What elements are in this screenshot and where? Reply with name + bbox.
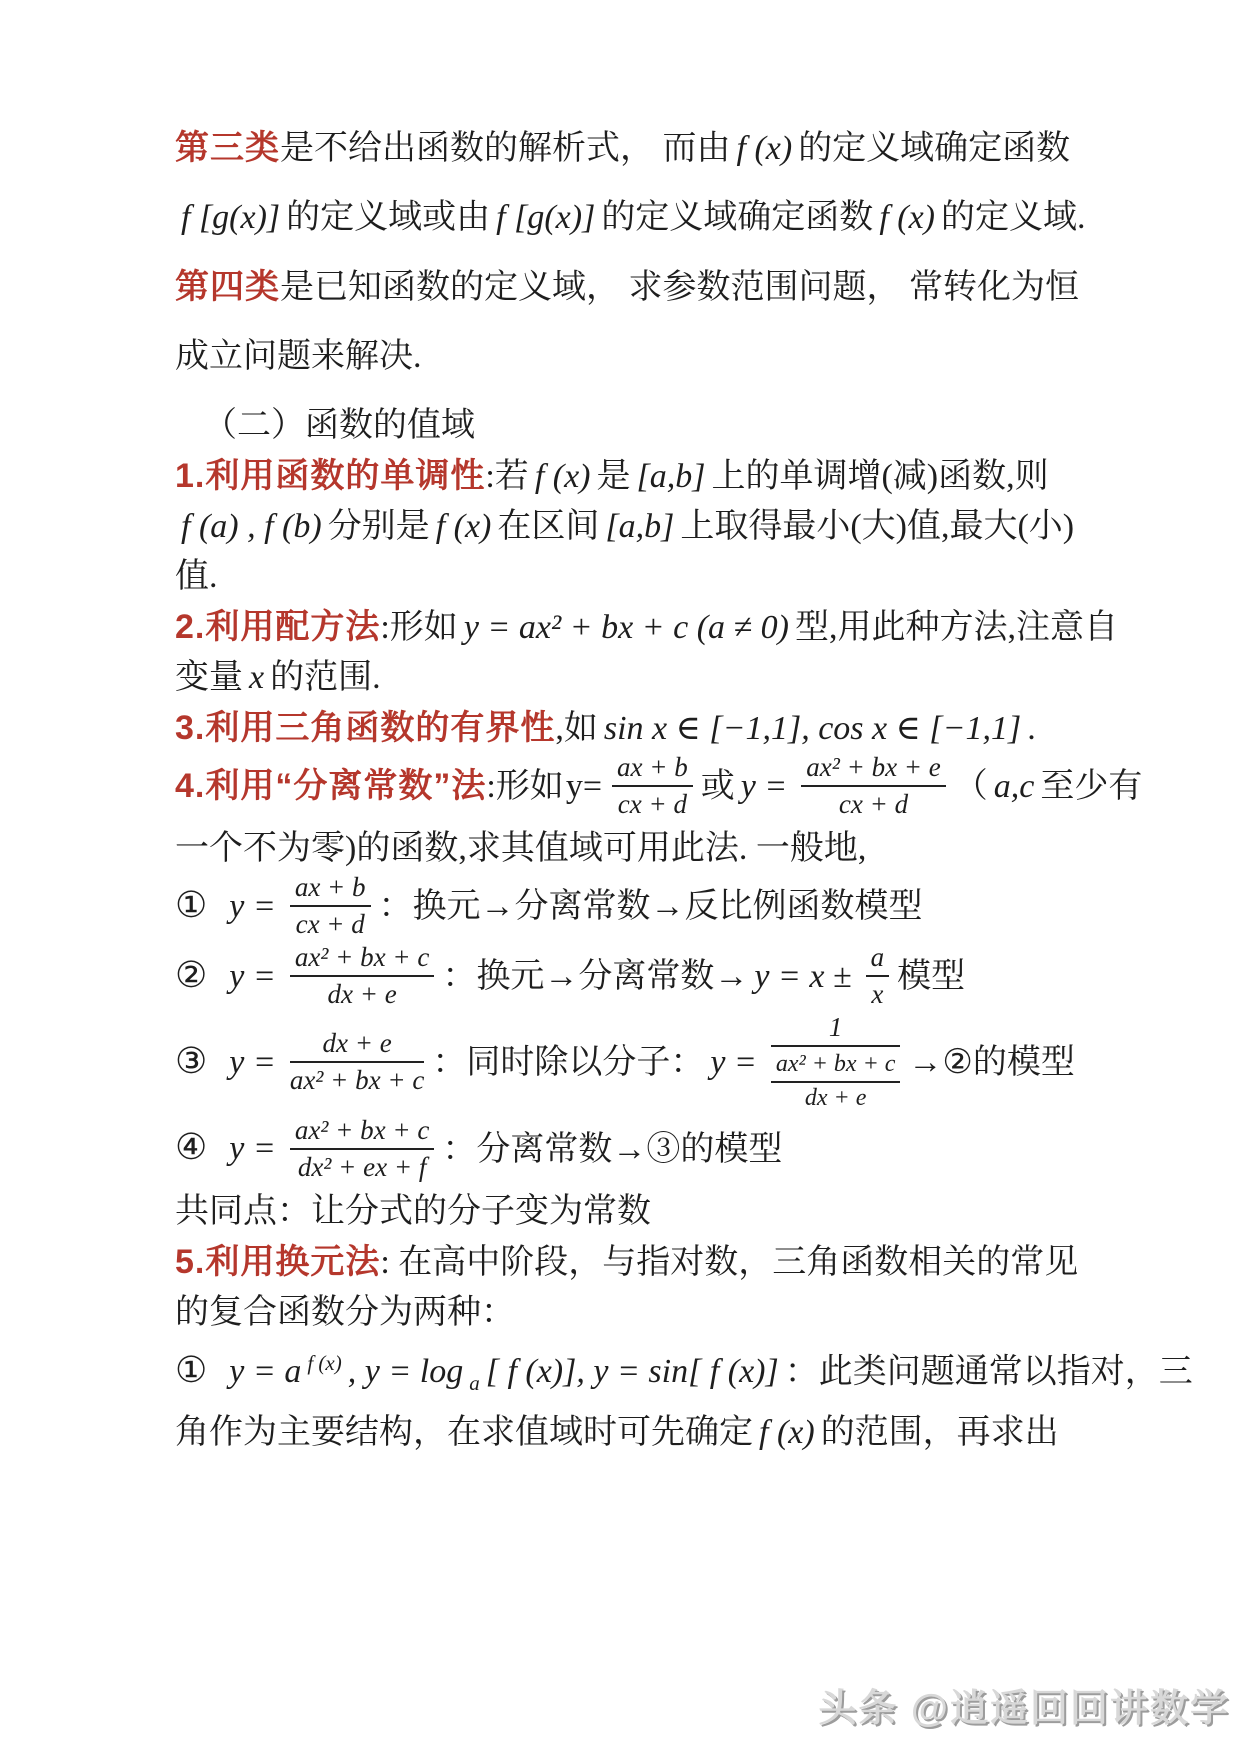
body-text: 一个不为零)的函数,求其值域可用此法. 一般地, bbox=[175, 830, 866, 867]
method2-line1: 2.利用配方法:形如y = ax² + bx + c (a ≠ 0)型,用此种方… bbox=[175, 603, 1095, 652]
circled-two: ② bbox=[175, 955, 223, 995]
fraction-axb-cxd: ax + bcx + d bbox=[612, 752, 693, 820]
body-text: 上取得最小(大)值,最大(小) bbox=[680, 508, 1074, 545]
math-y-equals: y = bbox=[223, 958, 282, 995]
math-quadratic: y = ax² + bx + c (a ≠ 0) bbox=[458, 609, 795, 646]
body-text: 上的单调增(减)函数,则 bbox=[711, 458, 1048, 495]
body-text: : 在高中阶段，与指对数，三角函数相关的常见 bbox=[380, 1244, 1078, 1281]
colon: ： bbox=[379, 888, 413, 925]
body-text: 至少有 bbox=[1040, 768, 1142, 805]
class3-heading: 第三类 bbox=[175, 129, 280, 167]
body-text: （ bbox=[954, 768, 988, 805]
fraction-denominator: cx + d bbox=[612, 787, 693, 820]
method5-line1: 5.利用换元法: 在高中阶段，与指对数，三角函数相关的常见 bbox=[175, 1238, 1095, 1287]
body-text: 分别是 bbox=[328, 508, 430, 545]
math-log-part: , y = log bbox=[342, 1353, 469, 1390]
body-text: 模型 bbox=[897, 958, 965, 995]
math-fgx: f [g(x)] bbox=[175, 199, 286, 236]
body-text: . bbox=[1027, 710, 1036, 747]
method1-heading: 1.利用函数的单调性 bbox=[175, 457, 485, 495]
fraction-dxe-ax2bxc: dx + eax² + bx + c bbox=[290, 1028, 425, 1096]
fraction-numerator: dx + e bbox=[290, 1028, 425, 1063]
colon: ： bbox=[442, 1130, 476, 1167]
section-title: （二）函数的值域 bbox=[203, 407, 475, 444]
watermark: 头条 @逍遥回回讲数学 bbox=[818, 1677, 1230, 1732]
body-text: 值. bbox=[175, 558, 218, 595]
body-text: 的定义域或由 bbox=[286, 199, 490, 236]
method2-heading: 2.利用配方法 bbox=[175, 608, 380, 646]
circled-three: ③ bbox=[175, 1041, 223, 1081]
body-text: 的定义域. bbox=[941, 199, 1086, 236]
body-text: →②的模型 bbox=[908, 1044, 1074, 1081]
circled-four: ④ bbox=[175, 1127, 223, 1167]
math-y-equals: y = bbox=[223, 1044, 282, 1081]
fraction-numerator: ax² + bx + c bbox=[290, 942, 435, 977]
method1-line3: 值. bbox=[175, 553, 1095, 601]
colon: ： bbox=[432, 1044, 466, 1081]
fraction-numerator: ax² + bx + c bbox=[290, 1115, 435, 1150]
fraction-ax2bxe-cxd: ax² + bx + ecx + d bbox=[801, 752, 946, 820]
fraction-denominator: cx + d bbox=[801, 787, 946, 820]
type1-line1: ①y = af (x), y = loga[ f (x)], y = sin[ … bbox=[175, 1339, 1095, 1407]
class4-heading: 第四类 bbox=[175, 268, 280, 306]
fraction-nested-reciprocal: 1ax² + bx + cdx + e bbox=[771, 1012, 901, 1112]
math-interval: [a,b] bbox=[599, 508, 680, 545]
body-text: ,如 bbox=[555, 710, 598, 747]
body-text: 或 bbox=[701, 768, 735, 805]
body-text: 共同点：让分式的分子变为常数 bbox=[175, 1193, 651, 1230]
body-text: 的定义域确定函数 bbox=[601, 199, 873, 236]
body-text: 同时除以分子： bbox=[466, 1044, 704, 1081]
body-text: 是已知函数的定义域， 求参数范围问题， 常转化为恒 bbox=[280, 269, 1079, 306]
method5-line2: 的复合函数分为两种： bbox=[175, 1289, 1095, 1337]
body-text: 角作为主要结构，在求值域时可先确定 bbox=[175, 1414, 753, 1451]
fraction-denominator: dx + e bbox=[290, 977, 435, 1010]
method2-line2: 变量x的范围. bbox=[175, 654, 1095, 702]
body-text: 的范围，再求出 bbox=[821, 1414, 1059, 1451]
method3-heading: 3.利用三角函数的有界性 bbox=[175, 709, 555, 747]
fraction-denominator: dx + e bbox=[771, 1083, 901, 1113]
math-fx: f (x) bbox=[873, 199, 941, 236]
math-subscript-a: a bbox=[469, 1371, 480, 1395]
math-interval: [a,b] bbox=[631, 458, 712, 495]
method4-heading: 4.利用“分离常数”法 bbox=[175, 767, 486, 805]
body-text: 型,用此种方法,注意自 bbox=[795, 609, 1118, 646]
circled-one: ① bbox=[175, 1350, 223, 1390]
math-bracket-part: [ f (x)], y = sin[ f (x)] bbox=[480, 1353, 785, 1390]
body-text: 是不给出函数的解析式， 而由 bbox=[280, 130, 731, 167]
math-y-equals: y = bbox=[735, 768, 794, 805]
para-class3-line1: 第三类是不给出函数的解析式， 而由f (x)的定义域确定函数 bbox=[175, 124, 1095, 173]
case3-line: ③y =dx + eax² + bx + c：同时除以分子：y =1ax² + … bbox=[175, 1015, 1095, 1115]
fraction-ax2bxc-dxe: ax² + bx + cdx + e bbox=[290, 942, 435, 1010]
method1-line1: 1.利用函数的单调性:若f (x)是[a,b]上的单调增(减)函数,则 bbox=[175, 452, 1095, 501]
math-y-x-pm: y = x ± bbox=[748, 958, 857, 995]
body-text: :若 bbox=[485, 458, 528, 495]
colon: ： bbox=[442, 958, 476, 995]
document-page: 第三类是不给出函数的解析式， 而由f (x)的定义域确定函数 f [g(x)]的… bbox=[0, 0, 1242, 1756]
math-trig-bounds: sin x ∈ [−1,1], cos x ∈ [−1,1] bbox=[598, 710, 1027, 747]
body-text: ：此类问题通常以指对，三 bbox=[785, 1353, 1193, 1390]
body-text: 换元→分离常数→反比例函数模型 bbox=[413, 888, 923, 925]
para-class4-line2: 成立问题来解决. bbox=[175, 333, 1095, 381]
type1-line2: 角作为主要结构，在求值域时可先确定f (x)的范围，再求出 bbox=[175, 1409, 1095, 1457]
fraction-axb-cxd: ax + bcx + d bbox=[290, 872, 371, 940]
math-y-equals: y = bbox=[223, 1130, 282, 1167]
fraction-numerator: ax + b bbox=[290, 872, 371, 907]
fraction-inner: ax² + bx + cdx + e bbox=[771, 1051, 901, 1112]
math-y-equals: y = bbox=[223, 888, 282, 925]
notes-content: 第三类是不给出函数的解析式， 而由f (x)的定义域确定函数 f [g(x)]的… bbox=[175, 124, 1095, 1459]
math-fx: f (x) bbox=[430, 508, 498, 545]
fraction-ax2bxc-dx2exf: ax² + bx + cdx² + ex + f bbox=[290, 1115, 435, 1183]
method4-line1: 4.利用“分离常数”法:形如y=ax + bcx + d或y =ax² + bx… bbox=[175, 755, 1095, 823]
case2-line: ②y =ax² + bx + cdx + e：换元→分离常数→y = x ±ax… bbox=[175, 945, 1095, 1013]
body-text: :形如 bbox=[380, 609, 457, 646]
case1-line: ①y =ax + bcx + d：换元→分离常数→反比例函数模型 bbox=[175, 875, 1095, 943]
math-y-equals: y = bbox=[704, 1044, 763, 1081]
method5-heading: 5.利用换元法 bbox=[175, 1243, 380, 1281]
math-fx: f (x) bbox=[753, 1414, 821, 1451]
body-text: 变量 bbox=[175, 659, 243, 696]
method4-line2: 一个不为零)的函数,求其值域可用此法. 一般地, bbox=[175, 825, 1095, 873]
fraction-a-x: ax bbox=[866, 942, 890, 1010]
body-text: 在区间 bbox=[497, 508, 599, 545]
fraction-denominator: cx + d bbox=[290, 907, 371, 940]
para-class4-line1: 第四类是已知函数的定义域， 求参数范围问题， 常转化为恒 bbox=[175, 263, 1095, 312]
case4-line: ④y =ax² + bx + cdx² + ex + f：分离常数→③的模型 bbox=[175, 1118, 1095, 1186]
fraction-numerator: ax² + bx + e bbox=[801, 752, 946, 787]
body-text: 的范围. bbox=[270, 659, 381, 696]
math-fa-fb: f (a) , f (b) bbox=[175, 508, 328, 545]
math-x: x bbox=[243, 659, 270, 696]
fraction-denominator: ax² + bx + cdx + e bbox=[771, 1047, 901, 1112]
math-ac: a,c bbox=[988, 768, 1041, 805]
para-class3-line2: f [g(x)]的定义域或由f [g(x)]的定义域确定函数f (x)的定义域. bbox=[175, 194, 1095, 242]
method1-line2: f (a) , f (b)分别是f (x)在区间[a,b]上取得最小(大)值,最… bbox=[175, 503, 1095, 551]
section-heading-range: （二）函数的值域 bbox=[175, 402, 1095, 450]
fraction-numerator: ax² + bx + c bbox=[771, 1051, 901, 1083]
method3-line1: 3.利用三角函数的有界性,如sin x ∈ [−1,1], cos x ∈ [−… bbox=[175, 704, 1095, 753]
body-text: 的定义域确定函数 bbox=[798, 130, 1070, 167]
body-text: 是 bbox=[597, 458, 631, 495]
fraction-denominator: x bbox=[866, 977, 890, 1010]
math-exp-base: y = a bbox=[223, 1353, 307, 1390]
math-y-equals: y= bbox=[564, 768, 604, 805]
body-text: :形如 bbox=[486, 768, 563, 805]
fraction-numerator: 1 bbox=[771, 1012, 901, 1047]
circled-one: ① bbox=[175, 885, 223, 925]
body-text: 分离常数→③的模型 bbox=[476, 1130, 782, 1167]
fraction-denominator: ax² + bx + c bbox=[290, 1063, 425, 1096]
math-fx: f (x) bbox=[731, 130, 799, 167]
body-text: 换元→分离常数→ bbox=[476, 958, 748, 995]
common-point-line: 共同点：让分式的分子变为常数 bbox=[175, 1188, 1095, 1236]
fraction-denominator: dx² + ex + f bbox=[290, 1150, 435, 1183]
fraction-numerator: a bbox=[866, 942, 890, 977]
math-superscript-fx: f (x) bbox=[307, 1351, 341, 1375]
fraction-numerator: ax + b bbox=[612, 752, 693, 787]
body-text: 的复合函数分为两种： bbox=[175, 1294, 515, 1331]
math-fgx: f [g(x)] bbox=[490, 199, 601, 236]
body-text: 成立问题来解决. bbox=[175, 338, 422, 375]
math-fx: f (x) bbox=[529, 458, 597, 495]
